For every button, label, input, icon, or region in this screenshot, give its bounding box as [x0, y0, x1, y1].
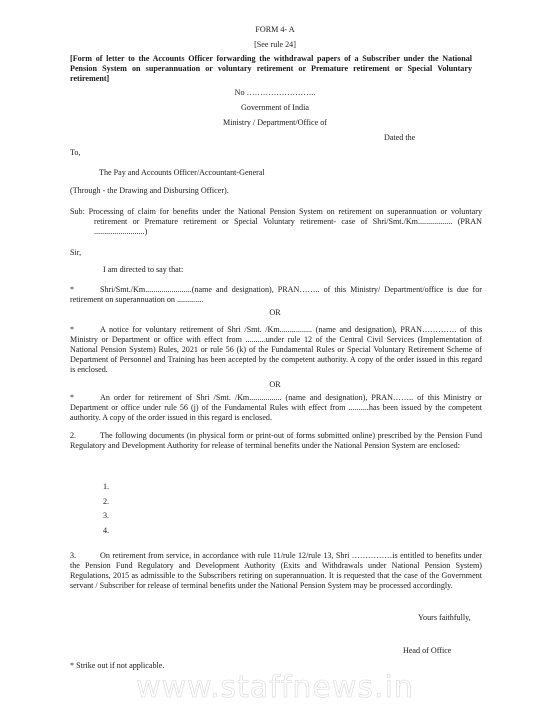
paragraph-2: 2.The following documents (in physical f… — [70, 431, 482, 451]
letter-number: No …………………….. — [0, 88, 550, 98]
ministry-line: Ministry / Department/Office of — [0, 118, 550, 128]
option-text: An order for retirement of Shri /Smt. /K… — [70, 393, 482, 422]
option-voluntary-retirement: *A notice for voluntary retirement of Sh… — [70, 325, 482, 375]
option-marker: * — [70, 285, 100, 295]
subject-label: Sub: — [70, 207, 85, 216]
paragraph-text: On retirement from service, in accordanc… — [70, 551, 482, 590]
form-description: [Form of letter to the Accounts Officer … — [70, 54, 472, 84]
through-line: (Through - the Drawing and Disbursing Of… — [70, 186, 229, 196]
option-premature-retirement: *An order for retirement of Shri /Smt. /… — [70, 393, 482, 423]
enclosure-item: 3. — [103, 511, 109, 521]
intro-line: I am directed to say that: — [103, 265, 183, 275]
salutation: Sir, — [70, 248, 81, 258]
paragraph-number: 3. — [70, 551, 100, 561]
subject: Sub: Processing of claim for benefits un… — [70, 207, 482, 237]
recipient: The Pay and Accounts Officer/Accountant-… — [99, 168, 265, 178]
signatory: Head of Office — [403, 646, 451, 656]
option-text: A notice for voluntary retirement of Shr… — [70, 325, 482, 374]
option-text: Shri/Smt./Km.......................(name… — [70, 285, 482, 304]
or-divider: OR — [0, 380, 550, 390]
paragraph-number: 2. — [70, 431, 100, 441]
enclosure-item: 2. — [103, 497, 109, 507]
to-label: To, — [70, 148, 80, 158]
enclosure-item: 4. — [103, 526, 109, 536]
option-marker: * — [70, 325, 100, 335]
paragraph-text: The following documents (in physical for… — [70, 431, 482, 450]
form-title: FORM 4- A — [0, 25, 550, 35]
closing: Yours faithfully, — [418, 613, 471, 623]
form-4a-document: FORM 4- A [See rule 24] [Form of letter … — [0, 0, 550, 712]
dated-line: Dated the — [384, 133, 415, 143]
option-superannuation: *Shri/Smt./Km.......................(nam… — [70, 285, 482, 305]
subject-text: Processing of claim for benefits under t… — [89, 207, 482, 236]
government-of-india: Government of India — [0, 103, 550, 113]
rule-reference: [See rule 24] — [0, 40, 550, 50]
enclosure-item: 1. — [103, 482, 109, 492]
option-marker: * — [70, 393, 100, 403]
watermark: www.staffnews.in — [0, 670, 550, 706]
paragraph-3: 3.On retirement from service, in accorda… — [70, 551, 482, 591]
or-divider: OR — [0, 308, 550, 318]
